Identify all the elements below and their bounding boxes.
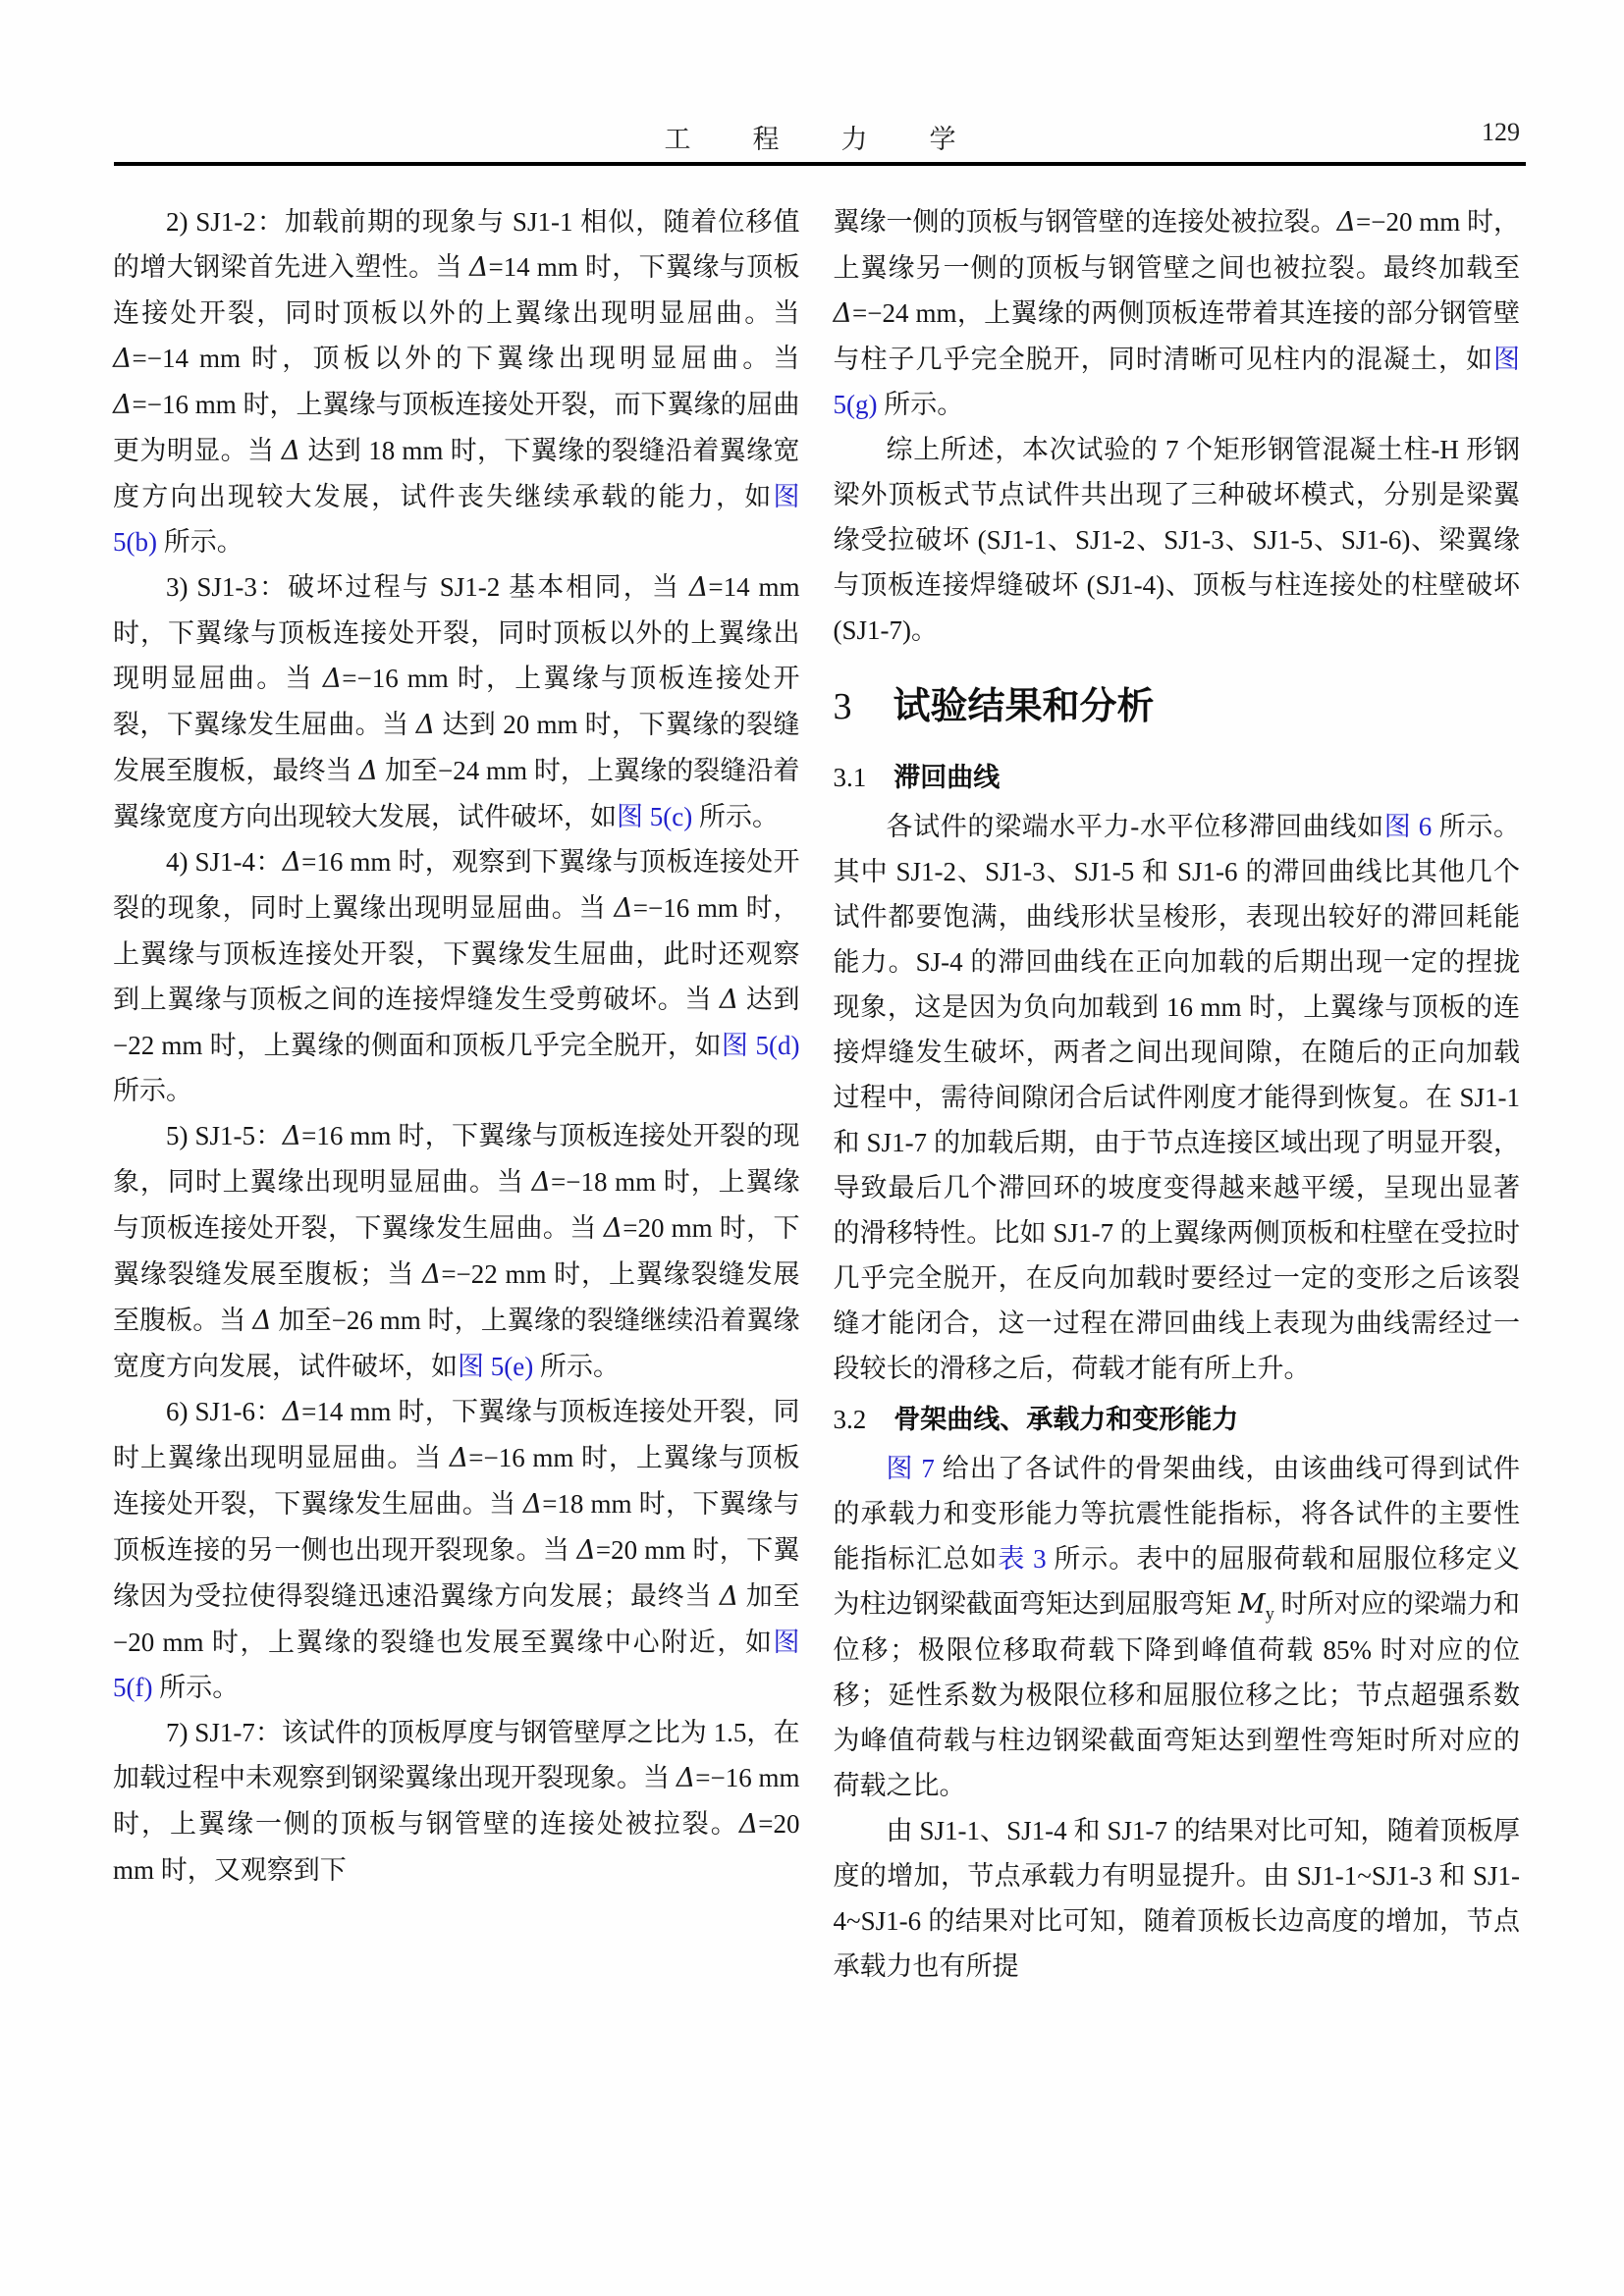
text-run: Δ xyxy=(323,664,343,694)
text-run: Δ xyxy=(689,572,709,603)
text-run: 由 SJ1-1、SJ1-4 和 SJ1-7 的结果对比可知，随着顶板厚度的增加，… xyxy=(834,1816,1521,1981)
paragraph: 4) SJ1-4：Δ=16 mm 时，观察到下翼缘与顶板连接处开裂的现象，同时上… xyxy=(113,839,800,1113)
text-run: 所示。 xyxy=(113,1076,192,1105)
text-run: =−14 mm 时，顶板以外的下翼缘出现明显屈曲。当 xyxy=(133,344,800,373)
text-run: 所示。 xyxy=(157,527,244,557)
text-run: Δ xyxy=(834,298,853,329)
text-run: 3) SJ1-3：破坏过程与 SJ1-2 基本相同，当 xyxy=(166,572,689,602)
text-run: Δ xyxy=(283,1397,302,1427)
text-run: Δ xyxy=(113,344,133,374)
text-run: 所示。 xyxy=(533,1352,620,1381)
text-run: Δ xyxy=(283,1121,302,1151)
text-run: Δ xyxy=(469,252,489,283)
section-heading: 3试验结果和分析 xyxy=(834,684,1521,731)
text-run: M xyxy=(1238,1589,1266,1620)
header-rule xyxy=(114,162,1526,166)
text-run: Δ xyxy=(416,710,436,740)
figure-ref-link[interactable]: 图 5(c) xyxy=(617,802,692,831)
text-run: 翼缘一侧的顶板与钢管壁的连接处被拉裂。 xyxy=(834,207,1337,237)
text-run: y xyxy=(1266,1603,1274,1623)
subsection-heading: 3.1滞回曲线 xyxy=(834,755,1521,800)
text-run: Δ xyxy=(720,1581,739,1612)
heading-text: 滞回曲线 xyxy=(893,763,1000,792)
paragraph: 6) SJ1-6：Δ=14 mm 时，下翼缘与顶板连接处开裂，同时上翼缘出现明显… xyxy=(113,1389,800,1710)
text-run: 6) SJ1-6： xyxy=(166,1397,283,1426)
text-run: Δ xyxy=(422,1259,442,1290)
journal-page: 工 程 力 学 129 2) SJ1-2：加载前期的现象与 SJ1-1 相似，随… xyxy=(0,0,1624,2296)
two-column-layout: 2) SJ1-2：加载前期的现象与 SJ1-1 相似，随着位移值的增大钢梁首先进… xyxy=(113,199,1520,1989)
heading-text: 骨架曲线、承载力和变形能力 xyxy=(893,1405,1238,1434)
text-run: 4) SJ1-4： xyxy=(166,847,283,877)
text-run: Δ xyxy=(720,985,739,1015)
figure-ref-link[interactable]: 图 5(e) xyxy=(458,1352,533,1381)
paragraph: 7) SJ1-7：该试件的顶板厚度与钢管壁厚之比为 1.5，在加载过程中未观察到… xyxy=(113,1710,800,1893)
text-run: Δ xyxy=(282,436,301,466)
text-run: 所示。 xyxy=(692,802,779,831)
heading-number: 3 xyxy=(834,686,852,727)
running-header: 工 程 力 学 129 xyxy=(116,118,1522,153)
text-run: 各试件的梁端水平力-水平位移滞回曲线如 xyxy=(887,812,1384,841)
paragraph: 翼缘一侧的顶板与钢管壁的连接处被拉裂。Δ=−20 mm 时，上翼缘另一侧的顶板与… xyxy=(834,199,1521,427)
text-run: Δ xyxy=(604,1213,623,1244)
text-run: Δ xyxy=(532,1167,552,1198)
table-ref-link[interactable]: 表 3 xyxy=(998,1544,1046,1574)
figure-ref-link[interactable]: 图 5(d) xyxy=(722,1031,800,1060)
column-left: 2) SJ1-2：加载前期的现象与 SJ1-1 相似，随着位移值的增大钢梁首先进… xyxy=(113,199,800,1989)
paragraph: 图 7 给出了各试件的骨架曲线，由该曲线可得到试件的承载力和变形能力等抗震性能指… xyxy=(834,1446,1521,1808)
text-run: Δ xyxy=(113,390,133,420)
paragraph: 综上所述，本次试验的 7 个矩形钢管混凝土柱-H 形钢梁外顶板式节点试件共出现了… xyxy=(834,427,1521,653)
subsection-heading: 3.2骨架曲线、承载力和变形能力 xyxy=(834,1397,1521,1442)
text-run: Δ xyxy=(677,1763,696,1793)
figure-ref-link[interactable]: 图 7 xyxy=(887,1454,935,1483)
paragraph: 2) SJ1-2：加载前期的现象与 SJ1-1 相似，随着位移值的增大钢梁首先进… xyxy=(113,199,800,564)
text-run: =−24 mm，上翼缘的两侧顶板连带着其连接的部分钢管壁与柱子几乎完全脱开，同时… xyxy=(834,298,1521,374)
page-number: 129 xyxy=(1482,118,1520,147)
text-run: Δ xyxy=(359,756,379,786)
journal-title: 工 程 力 学 xyxy=(116,118,1522,156)
text-run: Δ xyxy=(614,893,633,924)
heading-text: 试验结果和分析 xyxy=(893,686,1155,727)
text-run: 综上所述，本次试验的 7 个矩形钢管混凝土柱-H 形钢梁外顶板式节点试件共出现了… xyxy=(834,435,1521,645)
text-run: 所示。 xyxy=(152,1673,239,1702)
figure-ref-link[interactable]: 图 6 xyxy=(1384,812,1433,841)
paragraph: 由 SJ1-1、SJ1-4 和 SJ1-7 的结果对比可知，随着顶板厚度的增加，… xyxy=(834,1808,1521,1989)
paragraph: 3) SJ1-3：破坏过程与 SJ1-2 基本相同，当 Δ=14 mm 时，下翼… xyxy=(113,564,800,839)
paragraph: 各试件的梁端水平力-水平位移滞回曲线如图 6 所示。其中 SJ1-2、SJ1-3… xyxy=(834,804,1521,1391)
column-right: 翼缘一侧的顶板与钢管壁的连接处被拉裂。Δ=−20 mm 时，上翼缘另一侧的顶板与… xyxy=(834,199,1521,1989)
text-run: 时所对应的梁端力和位移；极限位移取荷载下降到峰值荷载 85% 时对应的位移；延性… xyxy=(834,1589,1521,1800)
text-run: 所示。其中 SJ1-2、SJ1-3、SJ1-5 和 SJ1-6 的滞回曲线比其他… xyxy=(834,812,1521,1383)
heading-number: 3.2 xyxy=(834,1405,867,1434)
text-run: Δ xyxy=(523,1489,543,1520)
text-run: Δ xyxy=(450,1443,469,1473)
heading-number: 3.1 xyxy=(834,763,867,792)
text-run: Δ xyxy=(739,1809,759,1840)
text-run: Δ xyxy=(1337,207,1357,238)
text-run: 5) SJ1-5： xyxy=(166,1121,283,1150)
text-run: Δ xyxy=(576,1535,596,1566)
text-run: Δ xyxy=(252,1306,272,1336)
paragraph: 5) SJ1-5：Δ=16 mm 时，下翼缘与顶板连接处开裂的现象，同时上翼缘出… xyxy=(113,1113,800,1389)
text-run: 所示。 xyxy=(877,390,963,419)
text-run: Δ xyxy=(283,847,302,878)
